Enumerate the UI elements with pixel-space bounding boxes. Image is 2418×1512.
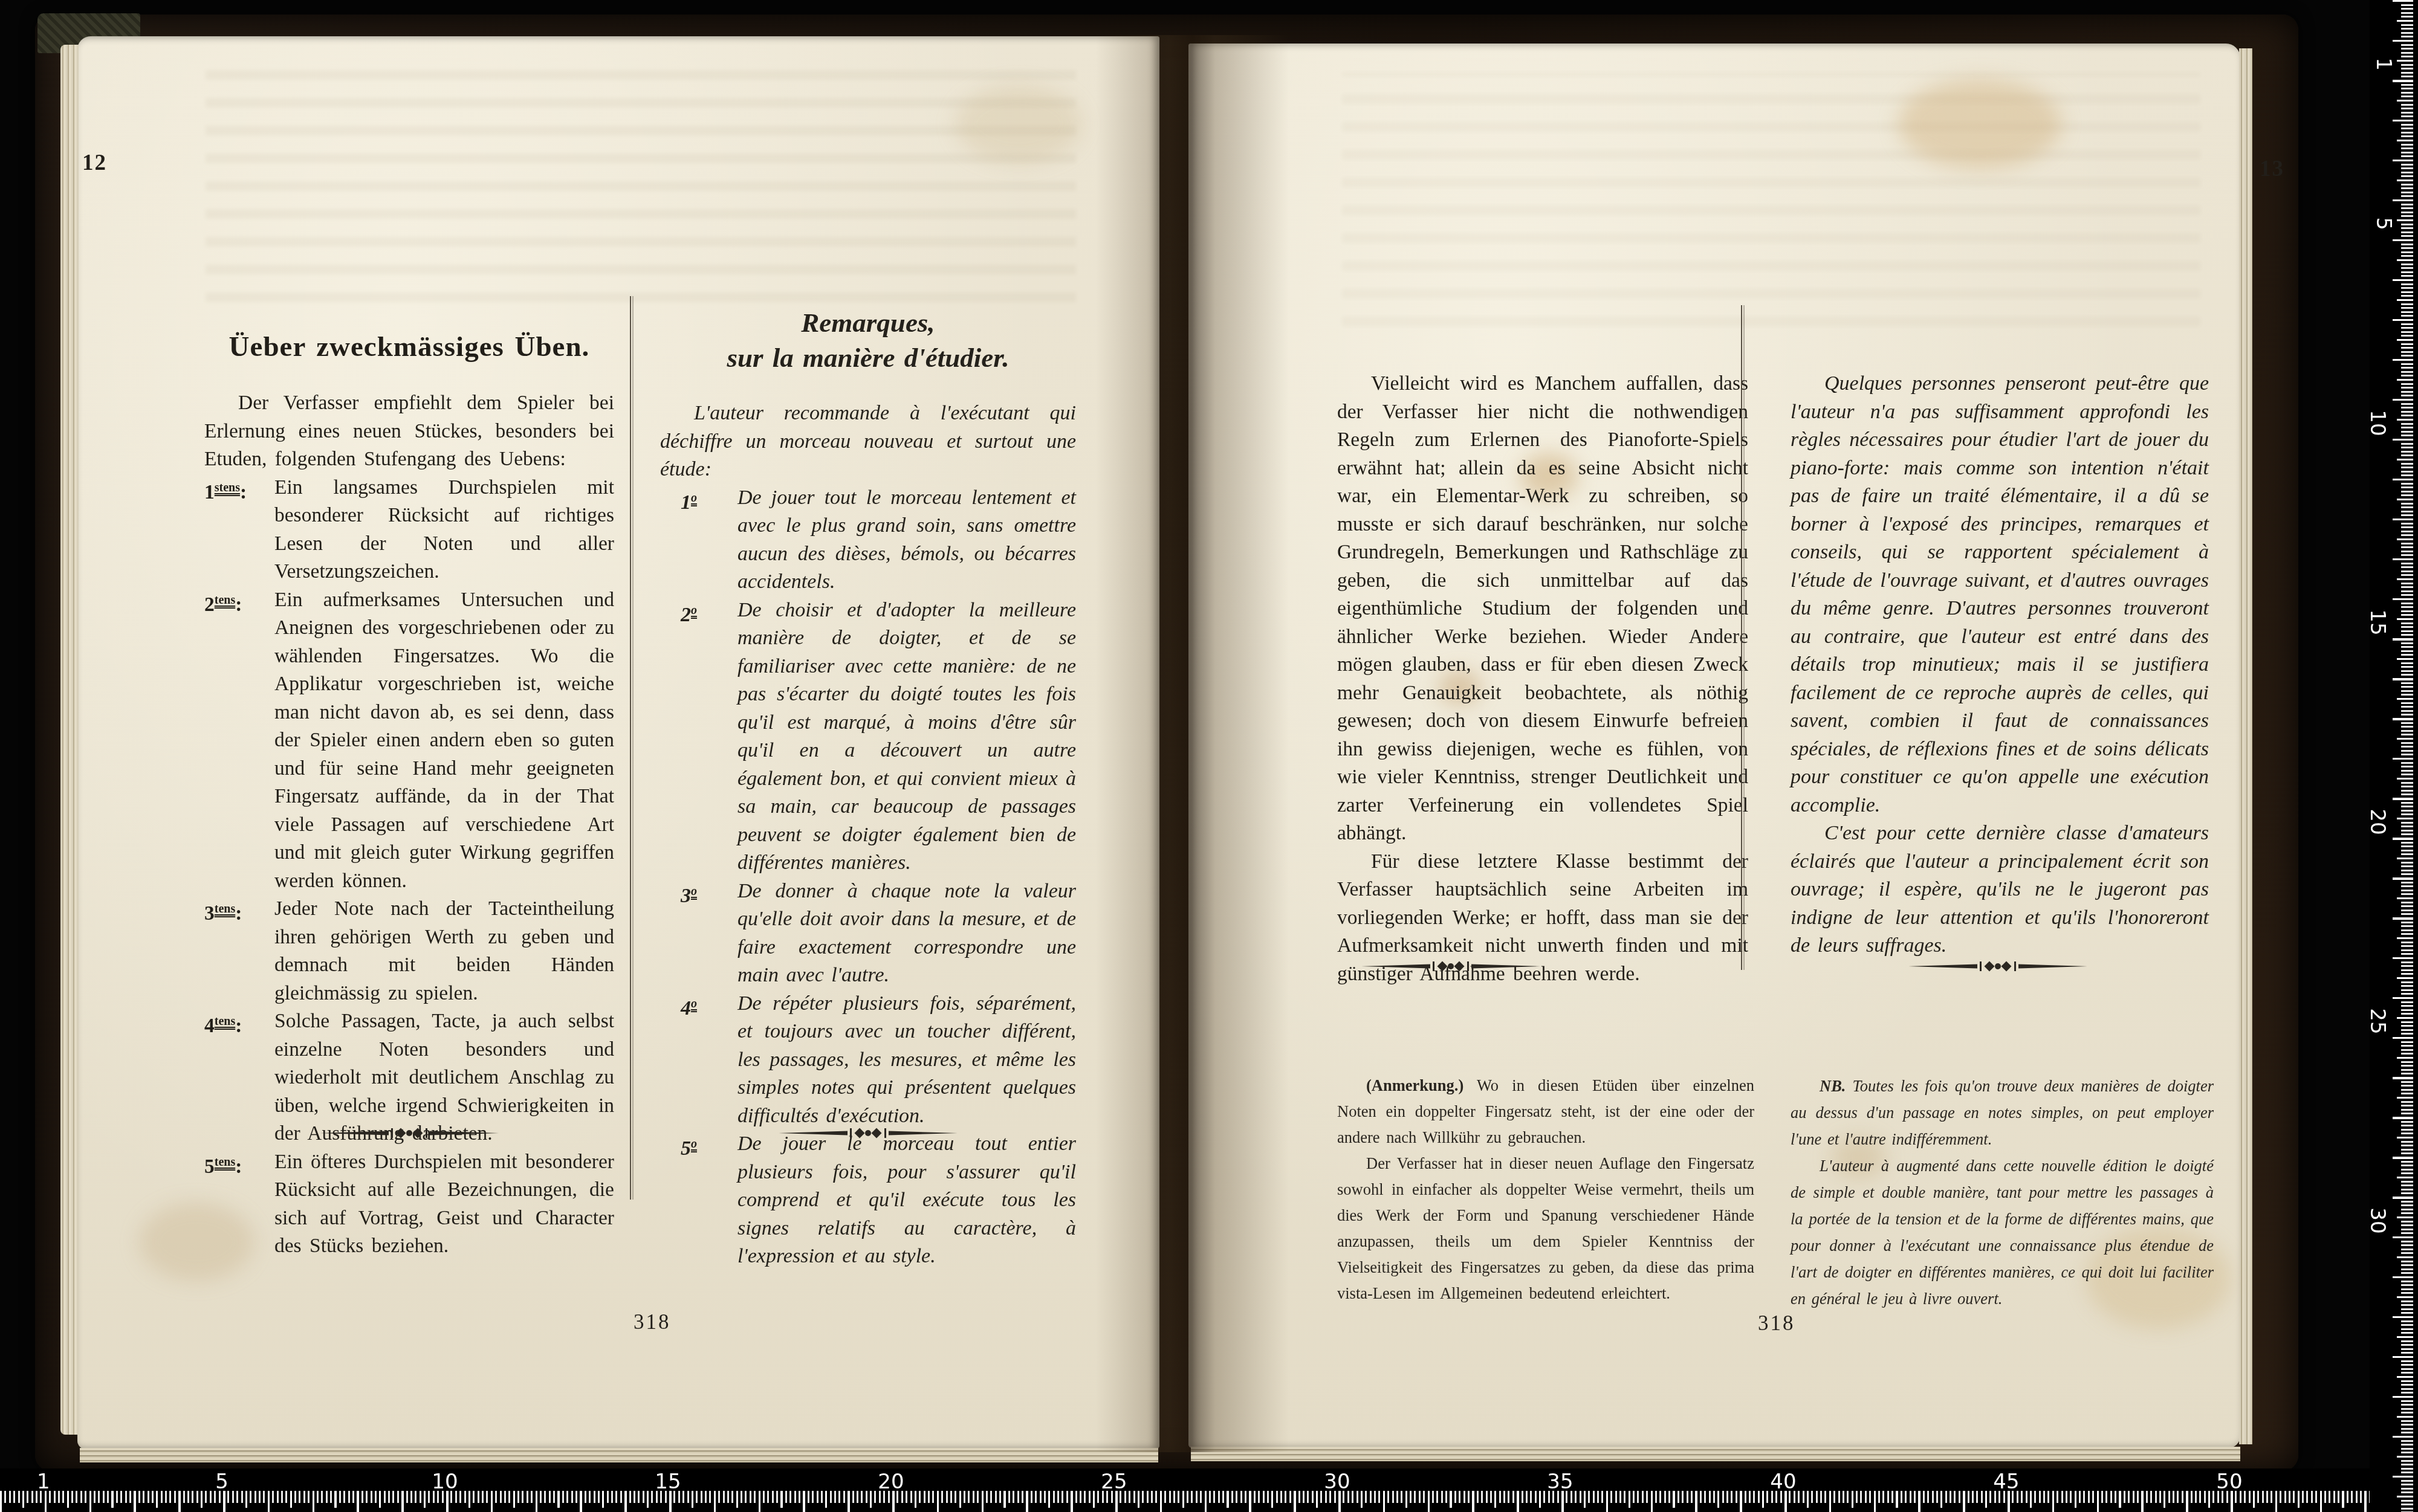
ruler-label: 45 [1993, 1470, 2019, 1494]
french-paragraph-1: Quelques personnes penseront peut-être q… [1791, 370, 2209, 819]
right-ruler: 151015202530 [2370, 0, 2418, 1512]
page-bottom-edge-right [1191, 1447, 2240, 1461]
item-marker: 1stens: [204, 474, 247, 507]
scanned-book-spread: 12 13 Üeber zweckmässiges Üben. Der Verf… [0, 0, 2418, 1512]
german-footnote-para1: (Anmerkung.) Wo in diesen Etüden über ei… [1337, 1073, 1754, 1151]
footnote-lead: (Anmerkung.) [1366, 1076, 1463, 1094]
french-footnote: NB. Toutes les fois qu'on trouve deux ma… [1791, 1073, 2214, 1312]
item-text: De jouer le morceau tout entier plusieur… [737, 1132, 1076, 1267]
numbered-item: 1stens:Ein langsames Durchspielen mit be… [204, 474, 614, 586]
ruler-label: 30 [2365, 1207, 2389, 1233]
page-bottom-edge-left [80, 1448, 1158, 1462]
plate-number-left: 318 [634, 1310, 671, 1334]
ruler-label: 25 [1101, 1470, 1127, 1494]
item-marker: 1o [681, 484, 697, 517]
fleuron-ornament [777, 1125, 959, 1141]
numbered-item: 5oDe jouer le morceau tout entier plusie… [660, 1130, 1076, 1271]
numbered-item: 2oDe choisir et d'adopter la meilleure m… [660, 596, 1076, 877]
bottom-ruler: 15101520253035404550 [0, 1468, 2418, 1512]
item-text: De donner à chaque note la valeur qu'ell… [737, 880, 1076, 987]
footnote-lead: NB. [1820, 1077, 1846, 1095]
ruler-label: 15 [2365, 609, 2389, 635]
french-intro: L'auteur recommande à l'exécutant qui dé… [660, 399, 1076, 484]
page-number-left: 12 [82, 150, 107, 176]
french-footnote-para2: L'auteur à augmenté dans cette nouvelle … [1791, 1152, 2214, 1312]
numbered-item: 4oDe répéter plusieurs fois, séparément,… [660, 990, 1076, 1131]
ruler-label: 35 [1547, 1470, 1573, 1494]
fleuron-ornament [1360, 958, 1541, 974]
fleuron-ornament [319, 1125, 500, 1141]
german-numbered-list: 1stens:Ein langsames Durchspielen mit be… [204, 474, 614, 1261]
ruler-label: 5 [215, 1470, 229, 1494]
numbered-item: 3tens:Jeder Note nach der Tacteintheilun… [204, 895, 614, 1007]
item-marker: 5tens: [204, 1148, 242, 1181]
bottom-ruler-cm-ticks [0, 1491, 2418, 1512]
column-divider-right-page [1741, 305, 1745, 970]
item-text: Ein langsames Durchspielen mit besondere… [274, 476, 614, 583]
ruler-label: 10 [432, 1470, 458, 1494]
item-marker: 4tens: [204, 1007, 242, 1041]
plate-number-right: 318 [1758, 1311, 1795, 1336]
numbered-item: 1oDe jouer tout le morceau lentement et … [660, 484, 1076, 596]
item-marker: 2tens: [204, 586, 242, 619]
page-number-right: 13 [2260, 156, 2284, 182]
ruler-label: 40 [1770, 1470, 1796, 1494]
right-page-german-column: Vielleicht wird es Manchem auffallen, da… [1337, 370, 1748, 988]
french-title-line1: Remarques, [660, 305, 1076, 340]
numbered-item: 5tens:Ein öfteres Durchspielen mit beson… [204, 1148, 614, 1261]
ruler-label: 15 [655, 1470, 681, 1494]
left-page-german-column: Üeber zweckmässiges Üben. Der Verfasser … [204, 331, 614, 1261]
item-text: Ein aufmerksames Untersuchen und Aneigne… [274, 589, 614, 892]
ruler-label: 20 [878, 1470, 904, 1494]
item-marker: 3tens: [204, 895, 242, 928]
german-title: Üeber zweckmässiges Üben. [204, 331, 614, 363]
page-fore-edge-left [60, 45, 79, 1435]
ruler-label: 10 [2365, 410, 2389, 436]
item-text: De jouer tout le morceau lentement et av… [737, 486, 1076, 593]
ruler-label: 1 [37, 1470, 50, 1494]
fleuron-ornament [1907, 958, 2089, 974]
french-title-line2: sur la manière d'étudier. [660, 340, 1076, 375]
french-footnote-para1: NB. Toutes les fois qu'on trouve deux ma… [1791, 1073, 2214, 1152]
item-marker: 2o [681, 596, 697, 630]
numbered-item: 2tens:Ein aufmerksames Untersuchen und A… [204, 586, 614, 896]
column-divider-left-page [630, 296, 634, 1200]
ruler-label: 50 [2216, 1470, 2242, 1494]
ruler-label: 25 [2365, 1008, 2389, 1034]
item-text: Solche Passagen, Tacte, ja auch selbst e… [274, 1010, 614, 1145]
german-footnote: (Anmerkung.) Wo in diesen Etüden über ei… [1337, 1073, 1754, 1307]
item-marker: 4o [681, 990, 697, 1023]
german-paragraph-1: Vielleicht wird es Manchem auffallen, da… [1337, 370, 1748, 848]
page-fore-edge-right [2239, 48, 2252, 1444]
right-ruler-cm-ticks [2393, 0, 2413, 1512]
item-text: De répéter plusieurs fois, séparément, e… [737, 992, 1076, 1127]
item-text: Jeder Note nach der Tacteintheilung ihre… [274, 897, 614, 1004]
ruler-label: 20 [2365, 809, 2389, 835]
item-text: De choisir et d'adopter la meilleure man… [737, 599, 1076, 874]
item-text: Ein öfteres Durchspielen mit besonderer … [274, 1151, 614, 1258]
german-footnote-para2: Der Verfasser hat in dieser neuen Auflag… [1337, 1151, 1754, 1307]
right-page-french-column: Quelques personnes penseront peut-être q… [1791, 370, 2209, 960]
french-paragraph-2: C'est pour cette dernière classe d'amate… [1791, 819, 2209, 960]
ruler-label: 30 [1324, 1470, 1350, 1494]
numbered-item: 3oDe donner à chaque note la valeur qu'e… [660, 877, 1076, 990]
item-marker: 5o [681, 1130, 697, 1163]
french-numbered-list: 1oDe jouer tout le morceau lentement et … [660, 484, 1076, 1271]
german-intro: Der Verfasser empfiehlt dem Spieler bei … [204, 389, 614, 474]
item-marker: 3o [681, 877, 697, 911]
